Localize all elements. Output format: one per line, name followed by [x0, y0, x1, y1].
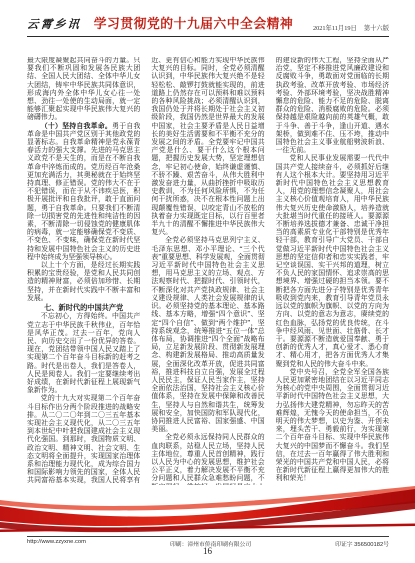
paragraph: 党中央号召，全党全军全国各族人民更加紧密地团结在以习近平同志为核心的党中央周围，… — [276, 369, 389, 484]
column-1: 最大限度凝聚起共同奋斗的力量。只要我们不断巩固和发展各民族大团结、全国人民大团结… — [27, 57, 140, 485]
paragraph: 最大限度凝聚起共同奋斗的力量。只要我们不断巩固和发展各民族大团结、全国人民大团结… — [27, 57, 140, 123]
paragraph: 党的十九大对实现第二个百年奋斗目标作出分两个阶段推进的战略安排。从二〇二〇年到二… — [27, 395, 140, 485]
page-title: 学习贯彻党的十九届六中全会精神 — [94, 13, 293, 32]
paragraph-lead: （十）坚持自我革命。 — [41, 123, 112, 130]
article-columns: 最大限度凝聚起共同奋斗的力量。只要我们不断巩固和发展各民族大团结、全国人民大团结… — [27, 57, 389, 485]
paragraph: 党和人民事业发展需要一代代中国共产党人接续奋斗，必须抓好后继有人这个根本大计。要… — [276, 155, 389, 368]
paragraph: 全党必须永远保持同人民群众的血肉联系，站稳人民立场，坚持人民主体地位，尊重人民首… — [151, 434, 264, 485]
page-header: 云霄乡讯 学习贯彻党的十九届六中全会精神 2021年11月19日第十六版 — [27, 13, 389, 37]
date-edition: 2021年11月19日第十六版 — [306, 23, 389, 32]
paragraph: 的建设新的伟大工程，坚持全面从严治党，坚定不移推进党风廉政建设和反腐败斗争，勇敢… — [276, 57, 389, 155]
column-2: 近、更有信心和能力实现中华民族伟大复兴的目标。同时，全党必须清醒认识到，中华民族… — [151, 57, 264, 485]
website-url: http://www.zzyxne.com — [27, 539, 86, 545]
red-ribbon-graphic — [0, 486, 415, 533]
paragraph-text: 勇于自我革命是中国共产党区别于其他政党的显著标志。自我革命精神是党永葆青春活力的… — [27, 123, 140, 261]
page-number: 16 — [0, 546, 415, 556]
edition-number: 第十六版 — [364, 25, 389, 32]
publish-date: 2021年11月19日 — [313, 25, 357, 32]
newspaper-page: 云霄乡讯 学习贯彻党的十九届六中全会精神 2021年11月19日第十六版 最大限… — [0, 0, 415, 563]
paragraph: 不忘初心，方得始终。中国共产党立志于中华民族千秋伟业，百年恰是风华正茂。过去一百… — [27, 313, 140, 395]
section-heading: 七、新时代的中国共产党 — [27, 304, 140, 312]
masthead: 云霄乡讯 — [26, 16, 82, 32]
paragraph: 全党必须坚持马克思列宁主义、毛泽东思想、邓小平理论、“三个代表”重要思想、科学发… — [151, 237, 264, 434]
column-3: 的建设新的伟大工程，坚持全面从严治党，坚定不移推进党风廉政建设和反腐败斗争，勇敢… — [276, 57, 389, 485]
paragraph: 近、更有信心和能力实现中华民族伟大复兴的目标。同时，全党必须清醒认识到，中华民族… — [151, 57, 264, 237]
paragraph: （十）坚持自我革命。勇于自我革命是中国共产党区别于其他政党的显著标志。自我革命精… — [27, 123, 140, 262]
paragraph: 以上十个方面，是经过长期实践积累的宝贵经验，是党和人民共同创造的精神财富，必须倍… — [27, 262, 140, 303]
